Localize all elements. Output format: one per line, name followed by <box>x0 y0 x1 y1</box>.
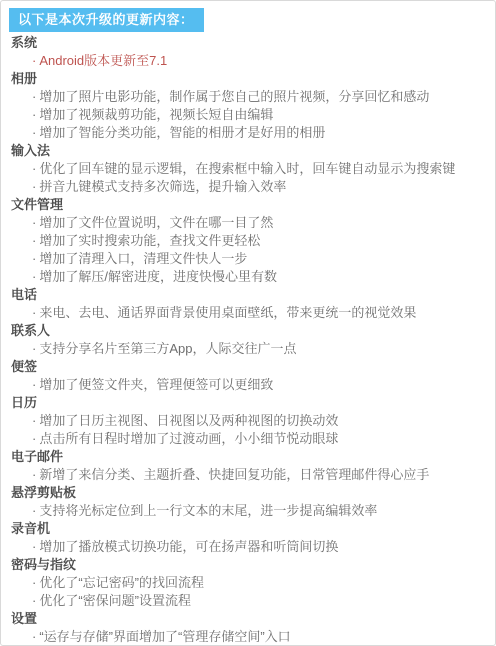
changelog-item: ·支持分享名片至第三方App，人际交往广一点 <box>11 340 487 358</box>
section-title: 便签 <box>11 358 487 376</box>
changelog-item: ·增加了播放模式切换功能，可在扬声器和听筒间切换 <box>11 538 487 556</box>
section-title: 电话 <box>11 286 487 304</box>
section-title: 密码与指纹 <box>11 556 487 574</box>
bullet-dot-icon: · <box>32 106 36 124</box>
badge-row: 以下是本次升级的更新内容： <box>1 1 495 32</box>
section: 悬浮剪贴板·支持将光标定位到上一行文本的末尾，进一步提高编辑效率 <box>11 484 487 520</box>
section-title: 系统 <box>11 34 487 52</box>
item-text: 拼音九键模式支持多次筛选，提升输入效率 <box>39 179 286 194</box>
update-changelog-panel: 以下是本次升级的更新内容： 系统·Android版本更新至7.1相册·增加了照片… <box>0 0 496 646</box>
item-text: 优化了回车键的显示逻辑，在搜索框中输入时，回车键自动显示为搜索键 <box>39 161 455 176</box>
section-title: 联系人 <box>11 322 487 340</box>
section-title: 电子邮件 <box>11 448 487 466</box>
section-title: 输入法 <box>11 142 487 160</box>
changelog-item: ·增加了解压/解密进度，进度快慢心里有数 <box>11 268 487 286</box>
bullet-dot-icon: · <box>32 574 36 592</box>
bullet-dot-icon: · <box>32 214 36 232</box>
changelog-item: ·增加了照片电影功能，制作属于您自己的照片视频，分享回忆和感动 <box>11 88 487 106</box>
changelog-item: ·增加了视频裁剪功能，视频长短自由编辑 <box>11 106 487 124</box>
changelog-item: ·新增了来信分类、主题折叠、快捷回复功能，日常管理邮件得心应手 <box>11 466 487 484</box>
changelog-item: ·增加了智能分类功能，智能的相册才是好用的相册 <box>11 124 487 142</box>
item-text: 增加了智能分类功能，智能的相册才是好用的相册 <box>39 125 325 140</box>
section: 输入法·优化了回车键的显示逻辑，在搜索框中输入时，回车键自动显示为搜索键·拼音九… <box>11 142 487 196</box>
section: 相册·增加了照片电影功能，制作属于您自己的照片视频，分享回忆和感动·增加了视频裁… <box>11 70 487 142</box>
item-text: 支持将光标定位到上一行文本的末尾，进一步提高编辑效率 <box>39 503 377 518</box>
changelog-item: ·增加了文件位置说明，文件在哪一目了然 <box>11 214 487 232</box>
item-text: 支持分享名片至第三方App，人际交往广一点 <box>39 341 296 356</box>
item-text: 增加了日历主视图、日视图以及两种视图的切换动效 <box>39 413 338 428</box>
item-text: 优化了“密保问题”设置流程 <box>39 593 191 608</box>
changelog-item: ·增加了实时搜索功能，查找文件更轻松 <box>11 232 487 250</box>
bullet-dot-icon: · <box>32 430 36 448</box>
bullet-dot-icon: · <box>32 502 36 520</box>
item-text: 来电、去电、通话界面背景使用桌面壁纸，带来更统一的视觉效果 <box>39 305 416 320</box>
changelog-item: ·优化了“忘记密码”的找回流程 <box>11 574 487 592</box>
changelog-item: ·支持将光标定位到上一行文本的末尾，进一步提高编辑效率 <box>11 502 487 520</box>
bullet-dot-icon: · <box>32 232 36 250</box>
section-title: 日历 <box>11 394 487 412</box>
section-title: 悬浮剪贴板 <box>11 484 487 502</box>
item-text: Android版本更新至7.1 <box>39 53 167 68</box>
section: 文件管理·增加了文件位置说明，文件在哪一目了然·增加了实时搜索功能，查找文件更轻… <box>11 196 487 286</box>
item-text: 增加了实时搜索功能，查找文件更轻松 <box>39 233 260 248</box>
bullet-dot-icon: · <box>32 268 36 286</box>
changelog-item: ·Android版本更新至7.1 <box>11 52 487 70</box>
changelog-item: ·点击所有日程时增加了过渡动画，小小细节悦动眼球 <box>11 430 487 448</box>
item-text: 点击所有日程时增加了过渡动画，小小细节悦动眼球 <box>39 431 338 446</box>
changelog-item: ·增加了便签文件夹，管理便签可以更细致 <box>11 376 487 394</box>
item-text: 增加了照片电影功能，制作属于您自己的照片视频，分享回忆和感动 <box>39 89 429 104</box>
item-text: 增加了视频裁剪功能，视频长短自由编辑 <box>39 107 273 122</box>
bullet-dot-icon: · <box>32 88 36 106</box>
update-header-badge: 以下是本次升级的更新内容： <box>9 8 204 32</box>
section-title: 相册 <box>11 70 487 88</box>
item-text: 增加了文件位置说明，文件在哪一目了然 <box>39 215 273 230</box>
bullet-dot-icon: · <box>32 628 36 646</box>
bullet-dot-icon: · <box>32 52 36 70</box>
item-text: 增加了清理入口，清理文件快人一步 <box>39 251 247 266</box>
section: 便签·增加了便签文件夹，管理便签可以更细致 <box>11 358 487 394</box>
changelog-item: ·优化了“密保问题”设置流程 <box>11 592 487 610</box>
section: 密码与指纹·优化了“忘记密码”的找回流程·优化了“密保问题”设置流程 <box>11 556 487 610</box>
bullet-dot-icon: · <box>32 538 36 556</box>
section-title: 文件管理 <box>11 196 487 214</box>
bullet-dot-icon: · <box>32 250 36 268</box>
section: 电子邮件·新增了来信分类、主题折叠、快捷回复功能，日常管理邮件得心应手 <box>11 448 487 484</box>
item-text: “运存与存储”界面增加了“管理存储空间”入口 <box>39 629 290 644</box>
item-text: 增加了便签文件夹，管理便签可以更细致 <box>39 377 273 392</box>
bullet-dot-icon: · <box>32 304 36 322</box>
section: 录音机·增加了播放模式切换功能，可在扬声器和听筒间切换 <box>11 520 487 556</box>
changelog-item: ·拼音九键模式支持多次筛选，提升输入效率 <box>11 178 487 196</box>
section: 日历·增加了日历主视图、日视图以及两种视图的切换动效·点击所有日程时增加了过渡动… <box>11 394 487 448</box>
bullet-dot-icon: · <box>32 124 36 142</box>
section: 系统·Android版本更新至7.1 <box>11 34 487 70</box>
bullet-dot-icon: · <box>32 592 36 610</box>
bullet-dot-icon: · <box>32 178 36 196</box>
section-title: 设置 <box>11 610 487 628</box>
bullet-dot-icon: · <box>32 466 36 484</box>
changelog-item: ·增加了清理入口，清理文件快人一步 <box>11 250 487 268</box>
section: 联系人·支持分享名片至第三方App，人际交往广一点 <box>11 322 487 358</box>
bullet-dot-icon: · <box>32 412 36 430</box>
item-text: 增加了播放模式切换功能，可在扬声器和听筒间切换 <box>39 539 338 554</box>
section-title: 录音机 <box>11 520 487 538</box>
item-text: 增加了解压/解密进度，进度快慢心里有数 <box>39 269 277 284</box>
changelog-sections: 系统·Android版本更新至7.1相册·增加了照片电影功能，制作属于您自己的照… <box>1 32 495 646</box>
changelog-item: ·增加了日历主视图、日视图以及两种视图的切换动效 <box>11 412 487 430</box>
bullet-dot-icon: · <box>32 340 36 358</box>
bullet-dot-icon: · <box>32 160 36 178</box>
section: 设置·“运存与存储”界面增加了“管理存储空间”入口 <box>11 610 487 646</box>
changelog-item: ·来电、去电、通话界面背景使用桌面壁纸，带来更统一的视觉效果 <box>11 304 487 322</box>
changelog-item: ·优化了回车键的显示逻辑，在搜索框中输入时，回车键自动显示为搜索键 <box>11 160 487 178</box>
item-text: 优化了“忘记密码”的找回流程 <box>39 575 204 590</box>
bullet-dot-icon: · <box>32 376 36 394</box>
section: 电话·来电、去电、通话界面背景使用桌面壁纸，带来更统一的视觉效果 <box>11 286 487 322</box>
item-text: 新增了来信分类、主题折叠、快捷回复功能，日常管理邮件得心应手 <box>39 467 429 482</box>
changelog-item: ·“运存与存储”界面增加了“管理存储空间”入口 <box>11 628 487 646</box>
